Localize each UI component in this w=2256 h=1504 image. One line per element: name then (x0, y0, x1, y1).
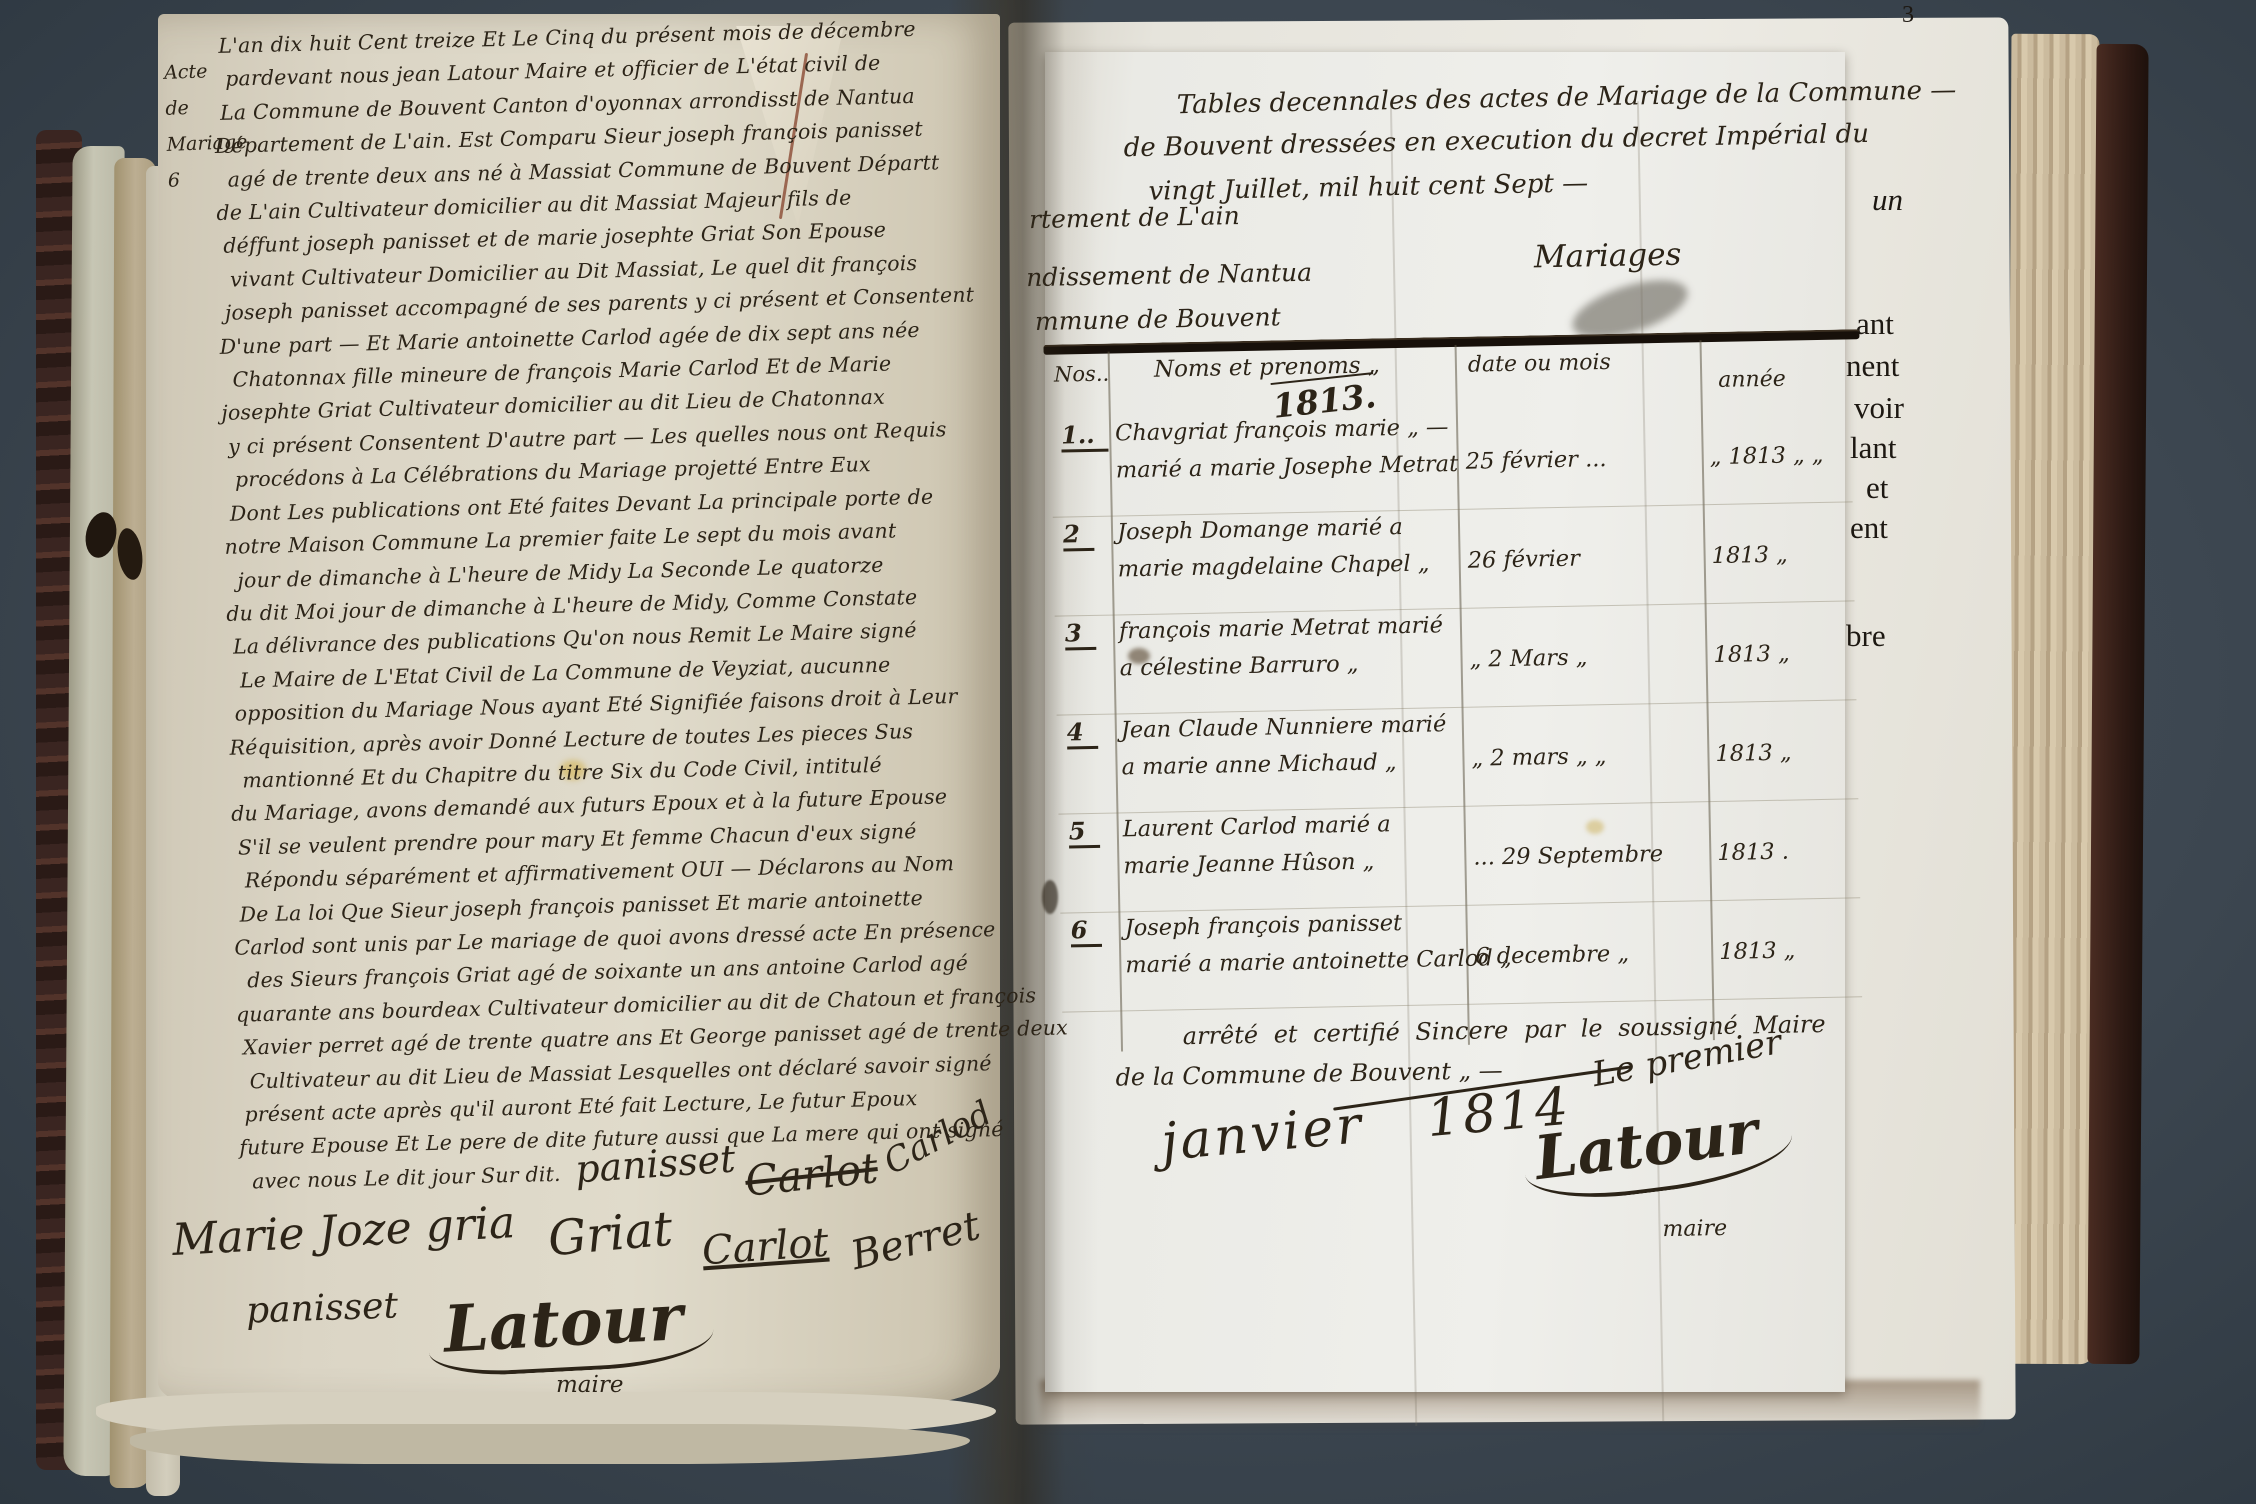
bottom-page-fan (130, 1424, 970, 1464)
marriage-table-rows: 1.. Chavgriat françois marie „ — marié a… (1051, 403, 1862, 1012)
table-row: 3 françois marie Metrat marié a célestin… (1055, 601, 1857, 715)
date-janvier-1814: janvier 1814 (1159, 1077, 1574, 1173)
table-row: 1.. Chavgriat françois marie „ — marié a… (1051, 403, 1853, 517)
row-names: Joseph Domange marié a marie magdelaine … (1117, 508, 1456, 588)
row-name-line2: marie magdelaine Chapel „ (1118, 550, 1430, 582)
witness-signature: Carlot (701, 1220, 830, 1275)
printed-fragment: ent (1850, 510, 1888, 546)
row-name-line2: marié a marie antoinette Carlod „ (1125, 945, 1512, 978)
row-year: 1813 „ (1715, 738, 1855, 767)
groom-signature: panisset (245, 1285, 398, 1331)
row-name-line1: françois marie Metrat marié (1119, 612, 1443, 644)
printed-fragment: ant (1856, 306, 1894, 342)
table-row: 6 Joseph françois panisset marié a marie… (1060, 898, 1862, 1012)
row-name-line2: marié a marie Josephe Metrat (1116, 451, 1459, 484)
row-name-line1: Chavgriat françois marie „ — (1115, 414, 1449, 446)
printed-fragment: lant (1850, 430, 1897, 466)
row-date: 6 decembre „ (1475, 939, 1707, 969)
row-name-line2: marie Jeanne Hûson „ (1123, 849, 1374, 880)
row-names: Laurent Carlod marié a marie Jeanne Hûso… (1122, 805, 1461, 885)
row-name-line2: a célestine Barruro „ (1119, 651, 1358, 682)
row-date: ... 29 Septembre (1473, 840, 1705, 870)
margin-annotation: ActedeMariage6 (164, 53, 217, 199)
row-names: Joseph françois panisset marié a marie a… (1124, 904, 1463, 984)
row-date: 25 février ... (1466, 444, 1698, 474)
table-row: 4 Jean Claude Nunniere marié a marie ann… (1057, 700, 1859, 814)
row-year: 1813 „ (1711, 540, 1851, 569)
table-row: 5 Laurent Carlod marié a marie Jeanne Hû… (1058, 799, 1860, 913)
book-photo: 3 un ʒ ant nent voir lant et ent bre Tab… (0, 0, 2256, 1504)
printed-fragment: nent (1846, 348, 1899, 384)
column-header-annee: année (1718, 367, 1786, 393)
page-block-fore-edge (2005, 34, 2100, 1364)
printed-fragment: et (1866, 470, 1888, 506)
table-title-line: Tables decennales des actes de Mariage d… (1177, 75, 1957, 120)
table-title-line: de Bouvent dressées en execution du decr… (1123, 119, 1869, 163)
closing-statement-line: de la Commune de Bouvent „ — (1115, 1056, 1503, 1091)
margin-annotation-line: de (165, 89, 214, 127)
row-date: „ 2 mars „ „ (1471, 741, 1703, 771)
row-year: 1813 „ (1713, 639, 1853, 668)
row-date: „ 2 Mars „ (1469, 642, 1701, 672)
row-year: „ 1813 „ „ (1709, 441, 1849, 470)
row-date: 26 février (1467, 543, 1699, 573)
margin-annotation-line: Mariage (166, 125, 215, 163)
margin-annotation-line: Acte (164, 53, 213, 91)
row-name-line2: a marie anne Michaud „ (1121, 749, 1396, 780)
row-names: Jean Claude Nunniere marié a marie anne … (1121, 706, 1460, 786)
column-header-date: date ou mois (1468, 350, 1611, 378)
back-cover-edge (2087, 44, 2148, 1364)
mariages-heading: Mariages (1534, 237, 1682, 276)
printed-fragment: un (1872, 182, 1903, 218)
table-row: 2 Joseph Domange marié a marie magdelain… (1053, 502, 1855, 616)
witness-signature: Griat (546, 1201, 675, 1268)
decennial-table-content: Tables decennales des actes de Mariage d… (1044, 37, 1870, 1392)
row-year: 1813 . (1717, 837, 1857, 866)
row-name-line1: Joseph Domange marié a (1117, 514, 1403, 545)
row-names: Chavgriat françois marie „ — marié a mar… (1115, 409, 1454, 489)
printed-fragment: 3 (1902, 2, 1914, 29)
marriage-act-text: L'an dix huit Cent treize Et Le Cinq du … (212, 10, 1040, 1198)
row-year: 1813 „ (1719, 936, 1859, 965)
mayor-signature-title: maire (1662, 1216, 1727, 1242)
row-name-line1: Laurent Carlod marié a (1123, 811, 1391, 842)
printed-fragment: voir (1854, 390, 1904, 426)
mayor-title-left: maire (556, 1372, 623, 1398)
row-name-line1: Jean Claude Nunniere marié (1121, 711, 1447, 743)
row-names: françois marie Metrat marié a célestine … (1119, 607, 1458, 687)
row-name-line1: Joseph françois panisset (1124, 910, 1402, 941)
margin-annotation-line: 6 (167, 161, 216, 199)
